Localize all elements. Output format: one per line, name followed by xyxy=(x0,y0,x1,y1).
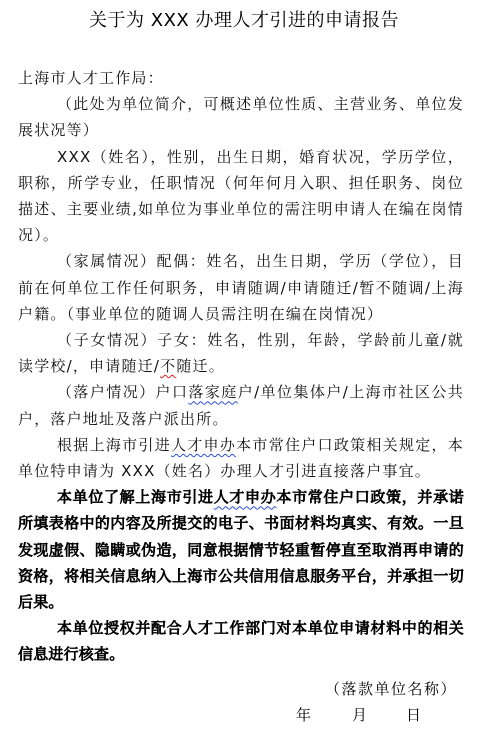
paragraph-hukou-info: （落户情况）户口落家庭户/单位集体户/上海市社区公共户，落户地址及落户派出所。 xyxy=(18,379,464,431)
children-text-end: 随迁。 xyxy=(176,357,225,375)
salutation: 上海市人才工作局： xyxy=(18,65,464,91)
document-title: 关于为 XXX 办理人才引进的申请报告 xyxy=(0,8,488,34)
grammar-flag[interactable]: 人才申办 xyxy=(171,436,236,454)
paragraph-applicant-info: XXX（姓名），性别，出生日期，婚育状况，学历学位，职称，所学专业，任职情况（何… xyxy=(18,144,464,249)
commitment-text: 本单位了解上海市引进 xyxy=(57,488,214,506)
document-body: 上海市人才工作局： （此处为单位简介，可概述单位性质、主营业务、单位发展状况等）… xyxy=(18,65,464,668)
paragraph-authorization: 本单位授权并配合人才工作部门对本单位申请材料中的相关信息进行核查。 xyxy=(18,615,464,667)
paragraph-spouse-info: （家属情况）配偶：姓名，出生日期，学历（学位），目前在何单位工作任何职务，申请随… xyxy=(18,248,464,327)
grammar-flag[interactable]: 落家庭 xyxy=(188,383,237,401)
paragraph-request: 根据上海市引进人才申办本市常住户口政策相关规定，本单位特申请为 XXX（姓名）办… xyxy=(18,432,464,484)
paragraph-unit-intro: （此处为单位简介，可概述单位性质、主营业务、单位发展状况等） xyxy=(18,91,464,143)
spelling-flag[interactable]: 不 xyxy=(160,357,176,375)
grammar-flag[interactable]: 人才申办 xyxy=(214,488,277,506)
request-text: 根据上海市引进 xyxy=(57,436,171,454)
paragraph-children-info: （子女情况）子女：姓名，性别，年龄，学龄前儿童/就读学校/，申请随迁/不随迁。 xyxy=(18,327,464,379)
children-text: （子女情况）子女：姓名，性别，年龄，学龄前儿童/就读学校/，申请随迁/ xyxy=(18,331,464,375)
hukou-text: （落户情况）户口 xyxy=(57,383,188,401)
signature-unit-name: （落款单位名称） xyxy=(325,678,457,699)
date-day: 日 xyxy=(406,704,421,725)
date-year: 年 xyxy=(296,704,311,725)
commitment-text-end: 本市常住户口政策，并承诺所填表格中的内容及所提交的电子、书面材料均真实、有效。一… xyxy=(18,488,464,611)
paragraph-commitment: 本单位了解上海市引进人才申办本市常住户口政策，并承诺所填表格中的内容及所提交的电… xyxy=(18,484,464,615)
date-month: 月 xyxy=(352,704,367,725)
